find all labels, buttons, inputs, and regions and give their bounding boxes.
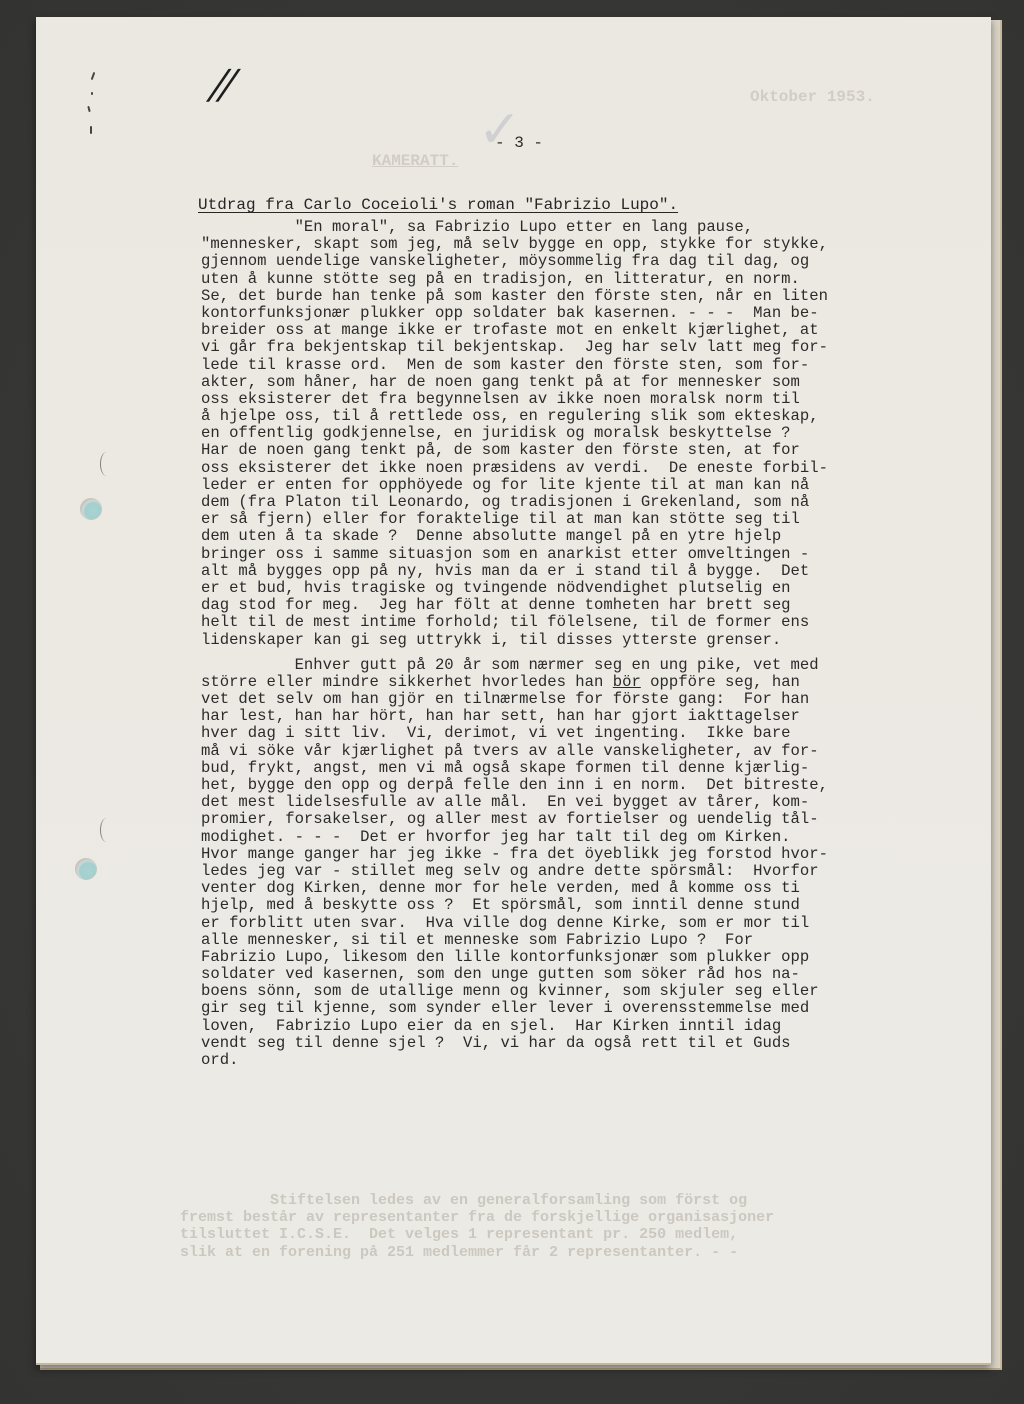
text-line: vet det selv om han gjör en tilnærmelse … (201, 691, 981, 708)
text-line: promier, forsakelser, og aller mest av f… (201, 811, 981, 828)
document-title: Utdrag fra Carlo Coceioli's roman "Fabri… (198, 196, 678, 214)
text-line: lede til krasse ord. Men de som kaster d… (201, 357, 981, 374)
text-line: boens sönn, som de utallige menn og kvin… (201, 983, 981, 1000)
text-line: venter dog Kirken, denne mor for hele ve… (201, 880, 981, 897)
text-line: Enhver gutt på 20 år som nærmer seg en u… (201, 657, 981, 674)
text-line: dag stod for meg. Jeg har fölt at denne … (201, 597, 981, 614)
text-line: uten å kunne stötte seg på en tradisjon,… (201, 271, 981, 288)
paragraph-2-rest: vet det selv om han gjör en tilnærmelse … (201, 691, 981, 1069)
page-number: - 3 - (495, 134, 543, 152)
text-line: Se, det burde han tenke på som kaster de… (201, 288, 981, 305)
text-line: tilsluttet I.C.S.E. Det velges 1 represe… (180, 1226, 774, 1243)
text-line: ledes jeg var - stillet meg selv og andr… (201, 863, 981, 880)
text-line: Stiftelsen ledes av en generalforsamling… (180, 1192, 774, 1209)
text-line: har lest, han har hört, han har sett, ha… (201, 708, 981, 725)
text-line: hjelp, med å beskytte oss ? Et spörsmål,… (201, 897, 981, 914)
text-line: Har de noen gang tenkt på, de som kaster… (201, 442, 981, 459)
text-line: dem (fra Platon til Leonardo, og tradisj… (201, 494, 981, 511)
text-line: akter, som håner, har de noen gang tenkt… (201, 374, 981, 391)
hole-mark (100, 452, 113, 476)
bleed-through-heading: KAMERATT. (372, 152, 458, 170)
text-line: soldater ved kasernen, som den unge gutt… (201, 966, 981, 983)
text-line: "mennesker, skapt som jeg, må selv bygge… (201, 236, 981, 253)
document-body: "En moral", sa Fabrizio Lupo etter en la… (201, 219, 981, 1069)
text-line: loven, Fabrizio Lupo eier da en sjel. Ha… (201, 1018, 981, 1035)
text-line: det mest lidelsesfulle av alle mål. En v… (201, 794, 981, 811)
text-line: oss eksisterer det ikke noen præsidens a… (201, 460, 981, 477)
text-line: hver dag i sitt liv. Vi, derimot, vi vet… (201, 725, 981, 742)
text-line: vendt seg til denne sjel ? Vi, vi har da… (201, 1035, 981, 1052)
scan-background: Oktober 1953. KAMERATT. // ✓ - 3 - Utdra… (0, 0, 1024, 1404)
text-line: Fabrizio Lupo, likesom den lille kontorf… (201, 949, 981, 966)
text-segment: oppföre seg, han (641, 673, 800, 691)
punch-hole-bottom (75, 858, 97, 880)
text-line: het, bygge den opp og derpå felle den in… (201, 777, 981, 794)
text-line: leder er enten for opphöyede og for lite… (201, 477, 981, 494)
paragraph-2: Enhver gutt på 20 år som nærmer seg en u… (201, 657, 981, 1070)
text-line: vi går fra bekjentskap til bekjentskap. … (201, 339, 981, 356)
text-line: alle mennesker, si til et menneske som F… (201, 932, 981, 949)
text-line: ord. (201, 1052, 981, 1069)
text-line: fremst består av representanter fra de f… (180, 1209, 774, 1226)
text-line: bringer oss i samme situasjon som en ana… (201, 546, 981, 563)
text-line: å hjelpe oss, til å rettlede oss, en reg… (201, 408, 981, 425)
text-line: alt må bygges opp på ny, hvis man da er … (201, 563, 981, 580)
text-line: helt til de mest intime forhold; til föl… (201, 614, 981, 631)
text-line: breider oss at mange ikke er trofaste mo… (201, 322, 981, 339)
paragraph-1: "En moral", sa Fabrizio Lupo etter en la… (201, 219, 981, 649)
punch-hole-top (80, 498, 102, 520)
text-line: gir seg til kjenne, som synder eller lev… (201, 1000, 981, 1017)
underlined-word: bör (613, 673, 641, 691)
text-line: gjennom uendelige vanskeligheter, möysom… (201, 253, 981, 270)
text-line: er et bud, hvis tragiske og tvingende nö… (201, 580, 981, 597)
text-segment: större eller mindre sikkerhet hvorledes … (201, 673, 613, 691)
text-line: må vi söke vår kjærlighet på tvers av al… (201, 743, 981, 760)
text-line: Hvor mange ganger har jeg ikke - fra det… (201, 846, 981, 863)
margin-specks (82, 70, 98, 140)
text-line: slik at en forening på 251 medlemmer får… (180, 1244, 774, 1261)
text-line: modighet. - - - Det er hvorfor jeg har t… (201, 829, 981, 846)
text-line: bud, frykt, angst, men vi må også skape … (201, 760, 981, 777)
text-line: er forblitt uten svar. Hva ville dog den… (201, 915, 981, 932)
text-line: kontorfunksjonær plukker opp soldater ba… (201, 305, 981, 322)
text-line: er så fjern) eller for foraktelige til a… (201, 511, 981, 528)
text-line: "En moral", sa Fabrizio Lupo etter en la… (201, 219, 981, 236)
bleed-through-date: Oktober 1953. (750, 88, 875, 106)
text-line: en offentlig godkjennelse, en juridisk o… (201, 425, 981, 442)
bleed-through-footer: Stiftelsen ledes av en generalforsamling… (180, 1192, 774, 1261)
text-line: oss eksisterer det fra begynnelsen av ik… (201, 391, 981, 408)
text-line: dem uten å ta skade ? Denne absolutte ma… (201, 528, 981, 545)
text-line: lidenskaper kan gi seg uttrykk i, til di… (201, 632, 981, 649)
hole-mark (100, 818, 113, 842)
text-line: större eller mindre sikkerhet hvorledes … (201, 674, 981, 691)
